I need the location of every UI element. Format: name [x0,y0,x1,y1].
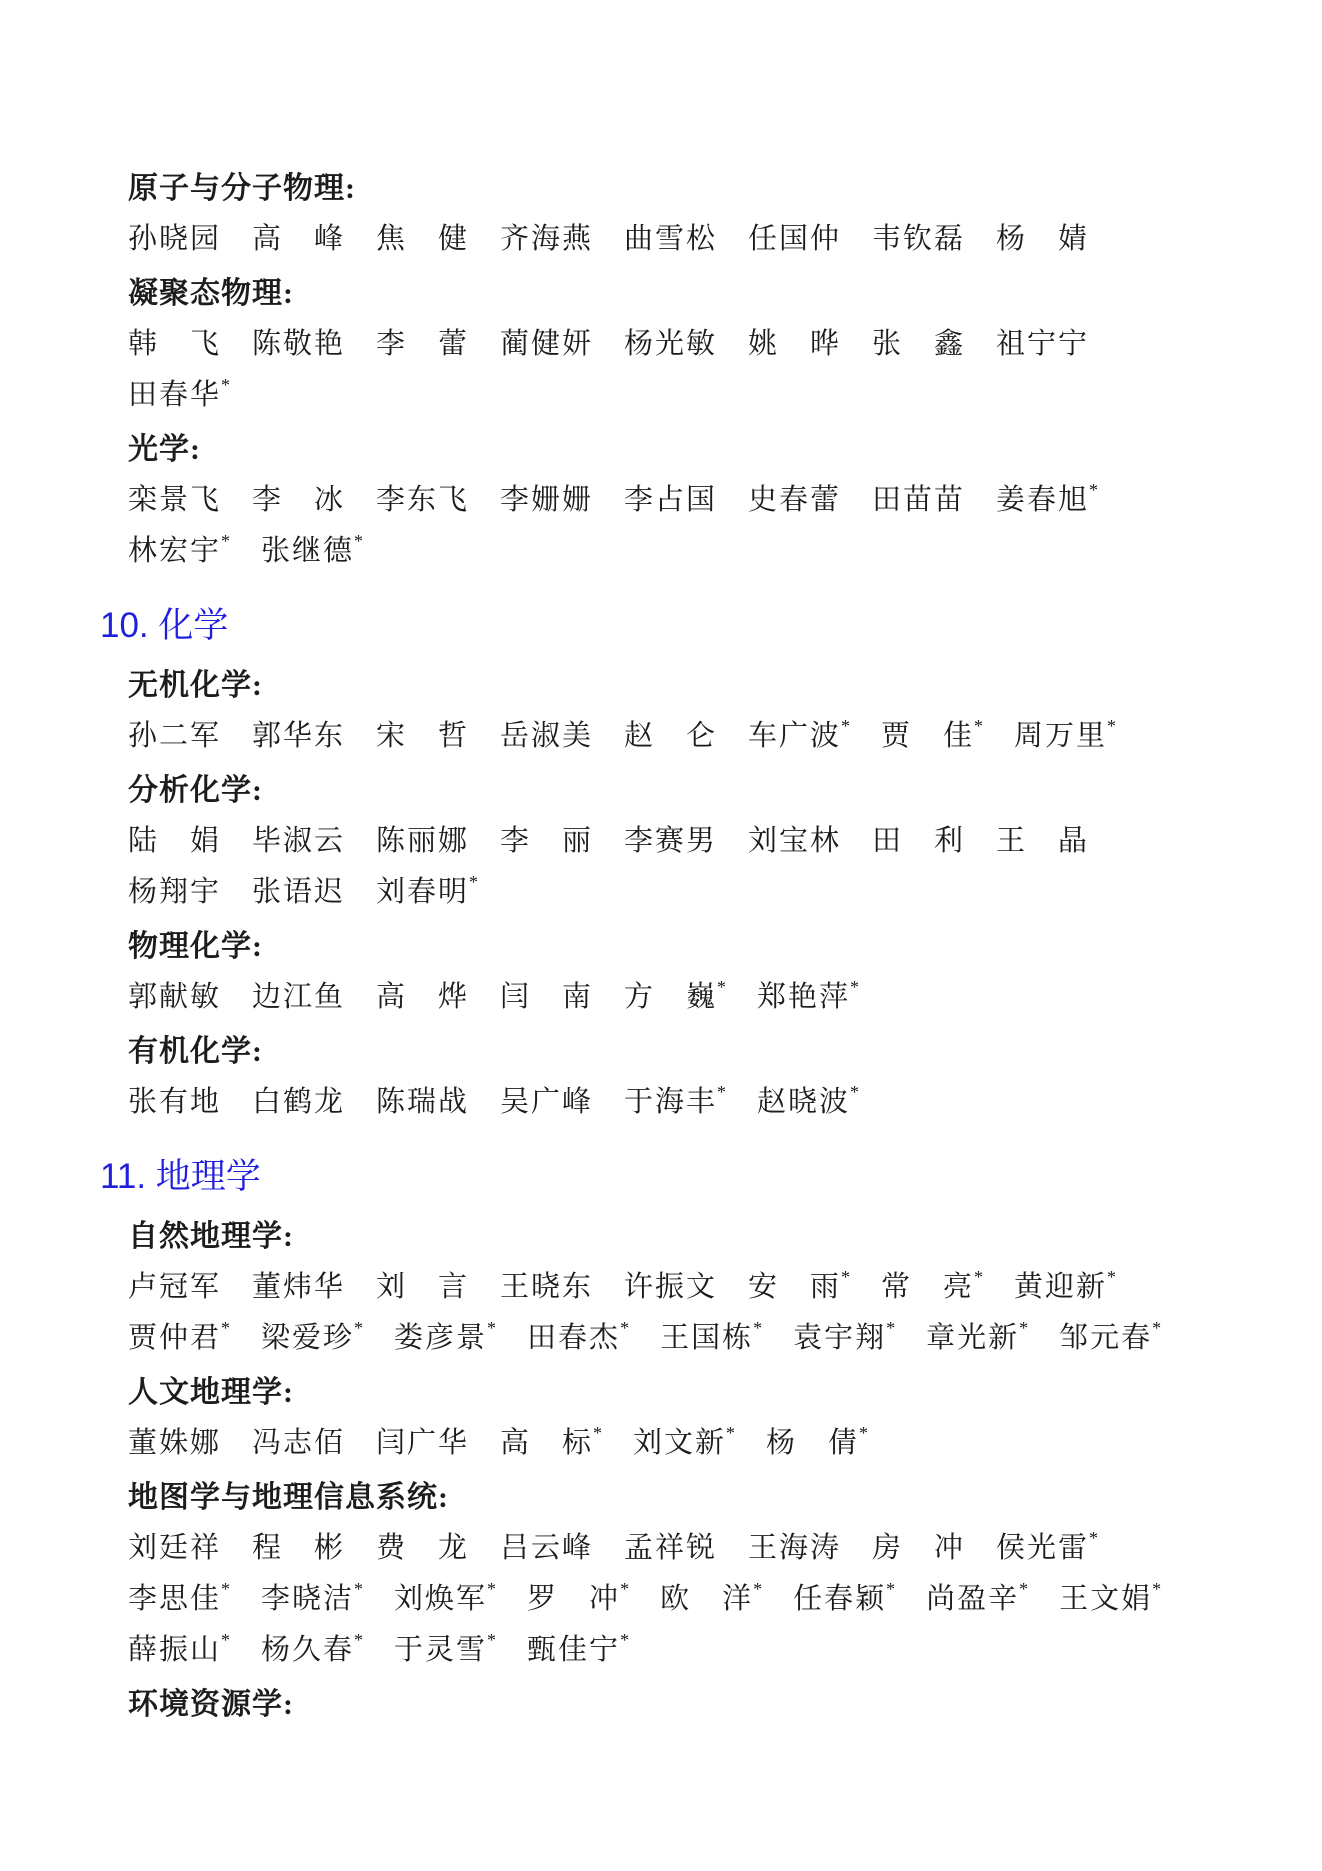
subsection-title-inorganic-chemistry: 无机化学: [128,660,1262,711]
names-line: 刘廷祥 程 彬 费 龙 吕云峰 孟祥锐 王海涛 房 冲 侯光雷* [128,1523,1262,1574]
section-chemistry: 10. 化学 无机化学: 孙二军 郭华东 宋 哲 岳淑美 赵 仑 车广波* 贾 … [128,595,1262,1128]
section-heading-chemistry: 10. 化学 [100,595,1262,657]
subsection-title-organic-chemistry: 有机化学: [128,1026,1262,1077]
subsection-title-atomic-molecular-physics: 原子与分子物理: [128,163,1262,214]
names-line: 李思佳* 李晓洁* 刘焕军* 罗 冲* 欧 洋* 任春颖* 尚盈辛* 王文娟* [128,1574,1262,1625]
subsection-title-optics: 光学: [128,424,1262,475]
names-line: 陆 娟 毕淑云 陈丽娜 李 丽 李赛男 刘宝林 田 利 王 晶 [128,816,1262,867]
subsection-title-condensed-matter-physics: 凝聚态物理: [128,268,1262,319]
names-line: 孙晓园 高 峰 焦 健 齐海燕 曲雪松 任国仲 韦钦磊 杨 婧 [128,214,1262,265]
section-geography: 11. 地理学 自然地理学: 卢冠军 董炜华 刘 言 王晓东 许振文 安 雨* … [128,1146,1262,1730]
subsection-title-physical-geography: 自然地理学: [128,1211,1262,1262]
names-line: 田春华* [128,370,1262,421]
names-line: 杨翔宇 张语迟 刘春明* [128,867,1262,918]
names-line: 郭献敏 边江鱼 高 烨 闫 南 方 巍* 郑艳萍* [128,972,1262,1023]
subsection-title-analytical-chemistry: 分析化学: [128,765,1262,816]
subsection-title-environment-resources: 环境资源学: [128,1679,1262,1730]
names-line: 栾景飞 李 冰 李东飞 李姗姗 李占国 史春蕾 田苗苗 姜春旭* [128,475,1262,526]
names-line: 孙二军 郭华东 宋 哲 岳淑美 赵 仑 车广波* 贾 佳* 周万里* [128,711,1262,762]
names-line: 张有地 白鹤龙 陈瑞战 吴广峰 于海丰* 赵晓波* [128,1077,1262,1128]
names-line: 薛振山* 杨久春* 于灵雪* 甄佳宁* [128,1625,1262,1676]
subsection-title-human-geography: 人文地理学: [128,1367,1262,1418]
names-line: 林宏宇* 张继德* [128,526,1262,577]
subsection-title-cartography-gis: 地图学与地理信息系统: [128,1472,1262,1523]
subsection-title-physical-chemistry: 物理化学: [128,921,1262,972]
names-line: 卢冠军 董炜华 刘 言 王晓东 许振文 安 雨* 常 亮* 黄迎新* [128,1262,1262,1313]
section-heading-geography: 11. 地理学 [100,1146,1262,1208]
document-page: 原子与分子物理: 孙晓园 高 峰 焦 健 齐海燕 曲雪松 任国仲 韦钦磊 杨 婧… [0,0,1322,1871]
section-physics-continued: 原子与分子物理: 孙晓园 高 峰 焦 健 齐海燕 曲雪松 任国仲 韦钦磊 杨 婧… [128,163,1262,577]
names-line: 董姝娜 冯志佰 闫广华 高 标* 刘文新* 杨 倩* [128,1418,1262,1469]
names-line: 贾仲君* 梁爱珍* 娄彦景* 田春杰* 王国栋* 袁宇翔* 章光新* 邹元春* [128,1313,1262,1364]
names-line: 韩 飞 陈敬艳 李 蕾 蔺健妍 杨光敏 姚 晔 张 鑫 祖宁宁 [128,319,1262,370]
